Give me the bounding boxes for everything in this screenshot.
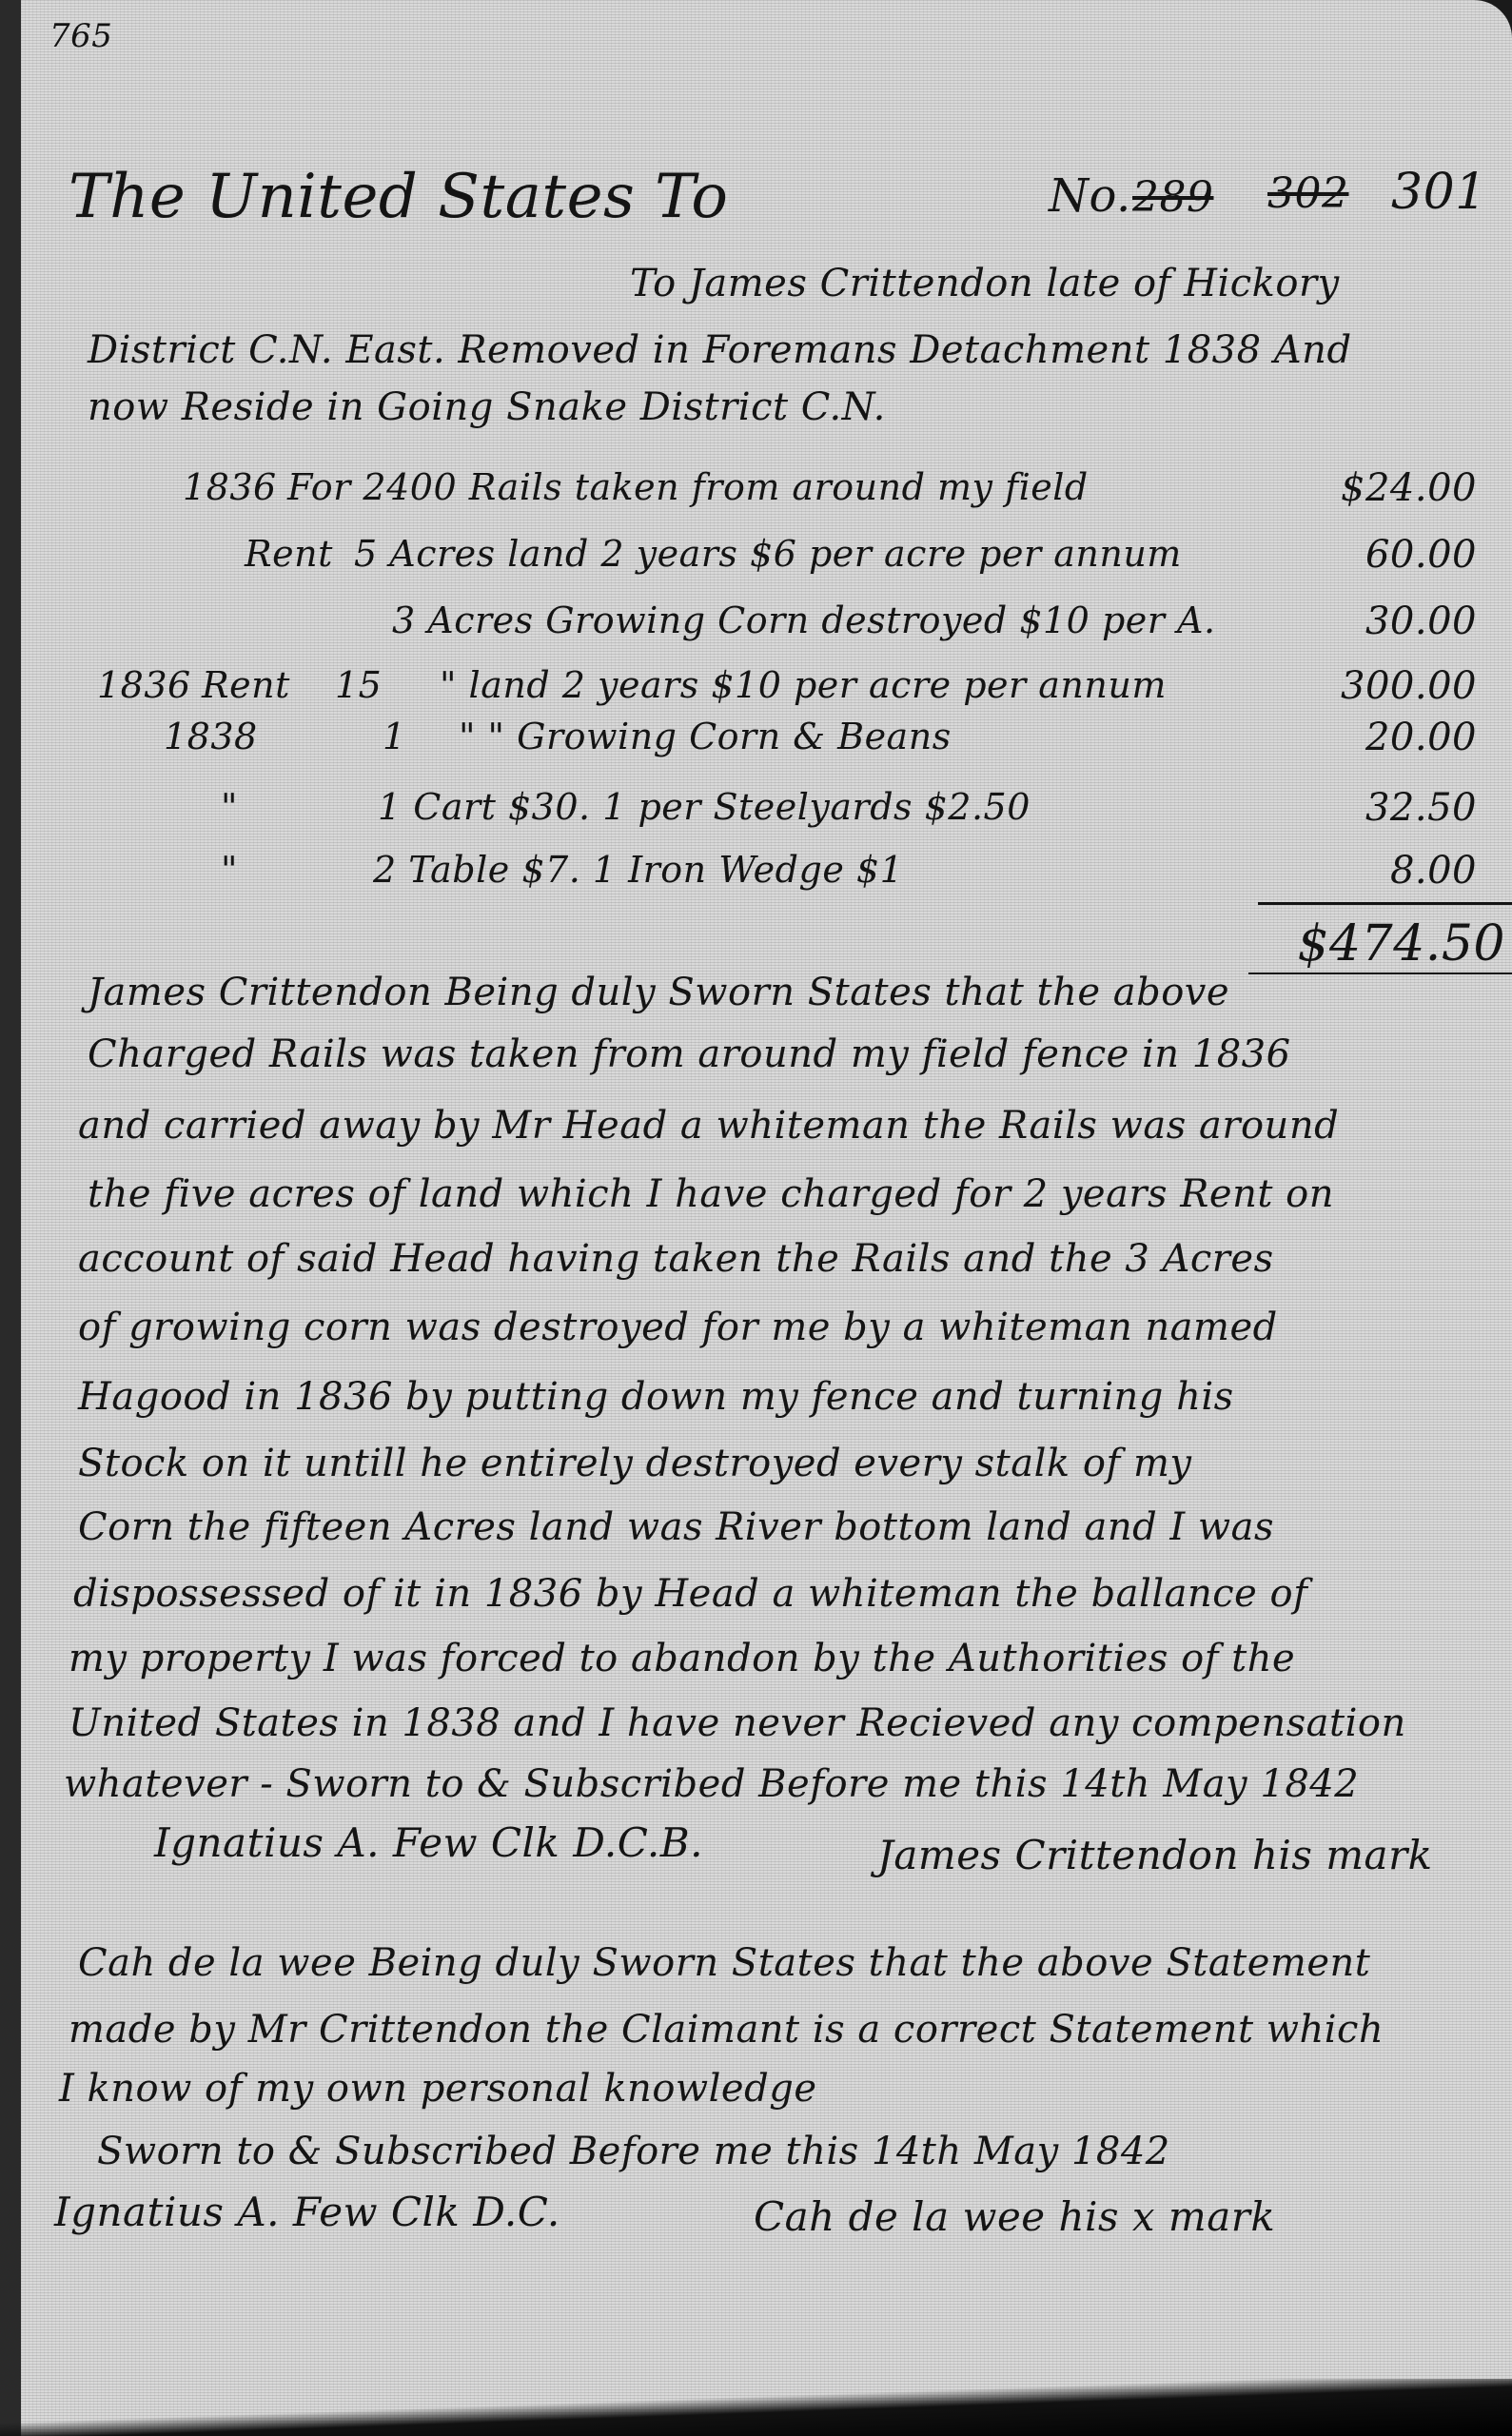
ledger-year: " xyxy=(221,849,238,891)
ledger-description: 5 Acres land 2 years $6 per acre per ann… xyxy=(354,533,1182,575)
ledger-description: For 2400 Rails taken from around my fiel… xyxy=(287,466,1089,508)
ledger-description: 3 Acres Growing Corn destroyed $10 per A… xyxy=(392,599,1216,641)
claim-number-struck-1: 289 xyxy=(1132,173,1213,222)
statement-line: James Crittendon Being duly Sworn States… xyxy=(88,971,1229,1014)
statement-line: whatever - Sworn to & Subscribed Before … xyxy=(64,1762,1359,1806)
ledger-amount: $24.00 xyxy=(1258,466,1477,510)
ledger-year: " xyxy=(221,786,238,828)
ledger-total: $474.50 xyxy=(1248,915,1505,972)
claim-number-current: 301 xyxy=(1391,164,1487,221)
ledger-amount: 60.00 xyxy=(1258,533,1477,577)
book-binding-edge xyxy=(0,0,21,2436)
claim-number-struck-2: 302 xyxy=(1267,169,1348,218)
ledger-label: Rent xyxy=(245,533,333,575)
header-line: now Reside in Going Snake District C.N. xyxy=(88,385,886,429)
ledger-amount: 8.00 xyxy=(1258,849,1477,893)
witness-line: Cah de la wee Being duly Sworn States th… xyxy=(78,1941,1370,1985)
ledger-amount: 300.00 xyxy=(1258,664,1477,708)
statement-line: United States in 1838 and I have never R… xyxy=(69,1701,1406,1745)
statement-line: the five acres of land which I have char… xyxy=(88,1172,1334,1216)
statement-line: my property I was forced to abandon by t… xyxy=(69,1637,1295,1680)
official-signature: Ignatius A. Few Clk D.C.B. xyxy=(154,1819,703,1866)
statement-line: Charged Rails was taken from around my f… xyxy=(88,1032,1291,1076)
statement-line: of growing corn was destroyed for me by … xyxy=(78,1306,1278,1349)
total-rule xyxy=(1258,902,1512,905)
claimant-signature: James Crittendon his mark xyxy=(877,1832,1433,1878)
ledger-label: Rent xyxy=(202,664,290,706)
header-line: District C.N. East. Removed in Foremans … xyxy=(88,328,1352,372)
witness-line: I know of my own personal knowledge xyxy=(59,2067,816,2111)
statement-line: account of said Head having taken the Ra… xyxy=(78,1237,1274,1281)
ledger-year: 1836 xyxy=(183,466,277,508)
claimant-signature: Cah de la wee his x mark xyxy=(754,2193,1275,2240)
page-number: 765 xyxy=(49,17,112,55)
ledger-amount: 30.00 xyxy=(1258,599,1477,643)
document-title: The United States To xyxy=(69,162,728,232)
ledger-description: 2 Table $7. 1 Iron Wedge $1 xyxy=(373,849,903,891)
ledger-description: 1 Cart $30. 1 per Steelyards $2.50 xyxy=(378,786,1031,828)
statement-line: and carried away by Mr Head a whiteman t… xyxy=(78,1104,1339,1148)
document-page: 765 The United States To No. 289 302 301… xyxy=(21,0,1512,2436)
ledger-amount: 20.00 xyxy=(1258,716,1477,759)
witness-line: made by Mr Crittendon the Claimant is a … xyxy=(69,2008,1384,2052)
ledger-qty: 1 xyxy=(383,716,406,757)
statement-line: Stock on it untill he entirely destroyed… xyxy=(78,1442,1191,1485)
ledger-amount: 32.50 xyxy=(1258,786,1477,830)
ledger-year: 1836 xyxy=(97,664,191,706)
total-underline xyxy=(1248,972,1512,974)
header-line: To James Crittendon late of Hickory xyxy=(630,262,1340,305)
statement-line: Hagood in 1836 by putting down my fence … xyxy=(78,1375,1234,1419)
ledger-description: " " Growing Corn & Beans xyxy=(459,716,952,757)
ledger-qty: 15 xyxy=(335,664,382,706)
witness-line: Sworn to & Subscribed Before me this 14t… xyxy=(97,2130,1170,2173)
official-signature: Ignatius A. Few Clk D.C. xyxy=(54,2189,560,2235)
statement-line: dispossessed of it in 1836 by Head a whi… xyxy=(73,1572,1307,1616)
ledger-description: " land 2 years $10 per acre per annum xyxy=(440,664,1167,706)
claim-number-label: No. xyxy=(1049,169,1131,223)
ledger-year: 1838 xyxy=(164,716,258,757)
statement-line: Corn the fifteen Acres land was River bo… xyxy=(78,1505,1274,1549)
scan-shadow xyxy=(0,2379,1512,2436)
